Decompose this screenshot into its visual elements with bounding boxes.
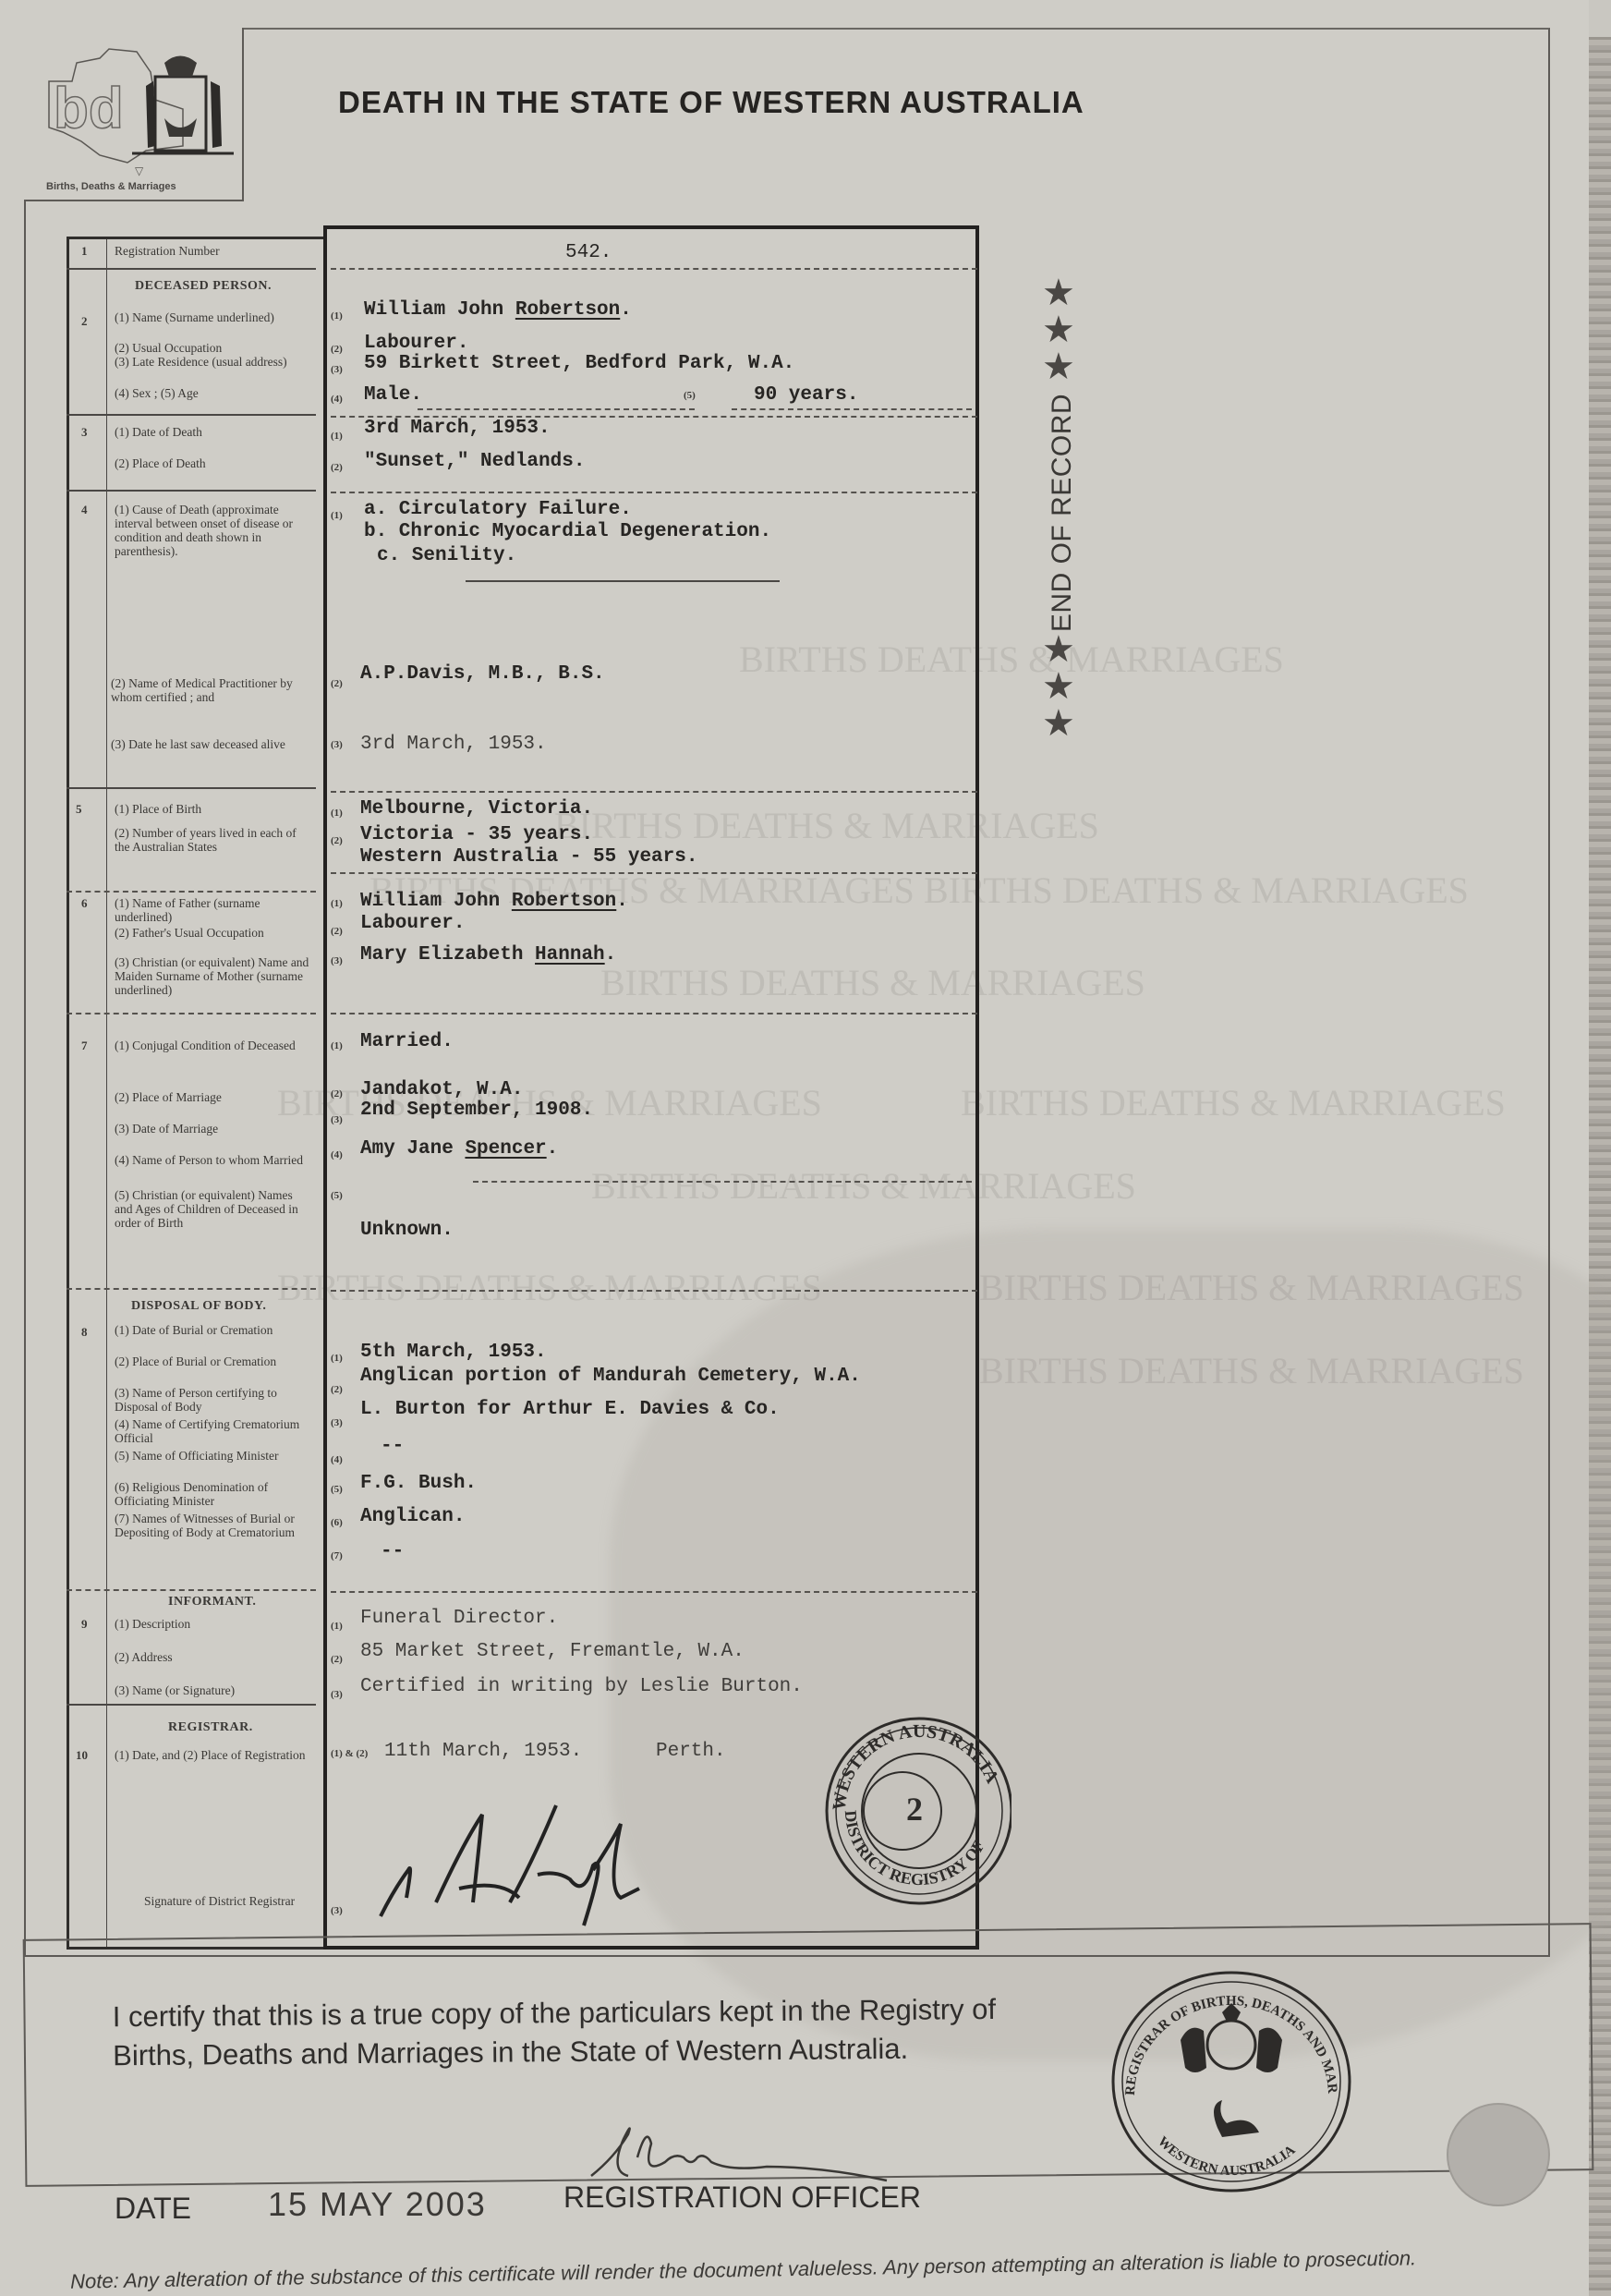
death-register-entry: 1 Registration Number 542. DECEASED PERS… [67, 225, 999, 1950]
heading-deceased-person: DECEASED PERSON. [135, 279, 272, 293]
spouse-name: Amy Jane Spencer. [360, 1138, 558, 1160]
children-of-deceased: Unknown. [360, 1220, 454, 1241]
informant-description: Funeral Director. [360, 1608, 558, 1629]
date-of-death: 3rd March, 1953. [364, 418, 551, 439]
deceased-age: 90 years. [754, 384, 858, 406]
logo-caption: Births, Deaths & Marriages [46, 181, 176, 192]
place-of-death: "Sunset," Nedlands. [364, 451, 585, 472]
deceased-sex: Male. [364, 384, 422, 406]
certification-statement: I certify that this is a true copy of th… [113, 1990, 1019, 2076]
cause-of-death-a: a. Circulatory Failure. [364, 499, 632, 520]
burial-date: 5th March, 1953. [360, 1342, 547, 1363]
medical-practitioner: A.P.Davis, M.B., B.S. [360, 663, 605, 685]
date-label: DATE [115, 2192, 191, 2226]
religious-denomination: Anglican. [360, 1506, 465, 1527]
informant-name: Certified in writing by Leslie Burton. [360, 1676, 803, 1697]
father-occupation: Labourer. [360, 913, 465, 934]
embossed-seal [1447, 2103, 1550, 2206]
place-of-marriage: Jandakot, W.A. [360, 1079, 523, 1100]
cause-of-death-b: b. Chronic Myocardial Degeneration. [364, 521, 771, 542]
deceased-occupation: Labourer. [364, 333, 468, 354]
heading-registrar: REGISTRAR. [168, 1720, 253, 1734]
paper-edge [1589, 37, 1611, 2296]
heading-informant: INFORMANT. [168, 1595, 256, 1609]
years-lived-victoria: Victoria - 35 years. [360, 824, 593, 845]
registration-officer-label: REGISTRATION OFFICER [563, 2181, 921, 2215]
crematorium-official: -- [381, 1436, 404, 1457]
bdm-logo-icon: bd [44, 44, 257, 164]
heading-disposal-of-body: DISPOSAL OF BODY. [131, 1299, 266, 1313]
disposal-certifier: L. Burton for Arthur E. Davies & Co. [360, 1399, 780, 1420]
svg-text:bd: bd [54, 77, 124, 140]
years-lived-western-australia: Western Australia - 55 years. [360, 846, 697, 868]
page-title: DEATH IN THE STATE OF WESTERN AUSTRALIA [338, 85, 1084, 120]
tasmania-mark: ▽ [135, 164, 143, 177]
registration-date: 11th March, 1953. [384, 1741, 582, 1762]
date-of-marriage: 2nd September, 1908. [360, 1099, 593, 1121]
issue-date-stamp: 15 MAY 2003 [268, 2185, 487, 2224]
registration-place: Perth. [656, 1741, 726, 1762]
father-name: William John Robertson. [360, 891, 628, 912]
deceased-residence: 59 Birkett Street, Bedford Park, W.A. [364, 353, 794, 374]
burial-witnesses: -- [381, 1541, 404, 1562]
end-of-record-stamp: ★ ★ ★ END OF RECORD ★ ★ ★ [1035, 277, 1090, 748]
registration-number: 542. [565, 242, 612, 263]
cause-of-death-c: c. Senility. [377, 545, 516, 566]
officiating-minister: F.G. Bush. [360, 1473, 477, 1494]
deceased-name: William John Robertson. [364, 299, 632, 321]
mother-name: Mary Elizabeth Hannah. [360, 944, 616, 966]
place-of-birth: Melbourne, Victoria. [360, 798, 593, 820]
date-last-seen-alive: 3rd March, 1953. [360, 734, 547, 755]
label-registration-number: Registration Number [115, 244, 220, 258]
informant-address: 85 Market Street, Fremantle, W.A. [360, 1641, 745, 1662]
logo-box: bd ▽ Births, Deaths & Marriages [24, 28, 244, 201]
conjugal-condition: Married. [360, 1031, 454, 1052]
burial-place: Anglican portion of Mandurah Cemetery, W… [360, 1366, 861, 1387]
star-icon: ★ [1042, 702, 1075, 745]
